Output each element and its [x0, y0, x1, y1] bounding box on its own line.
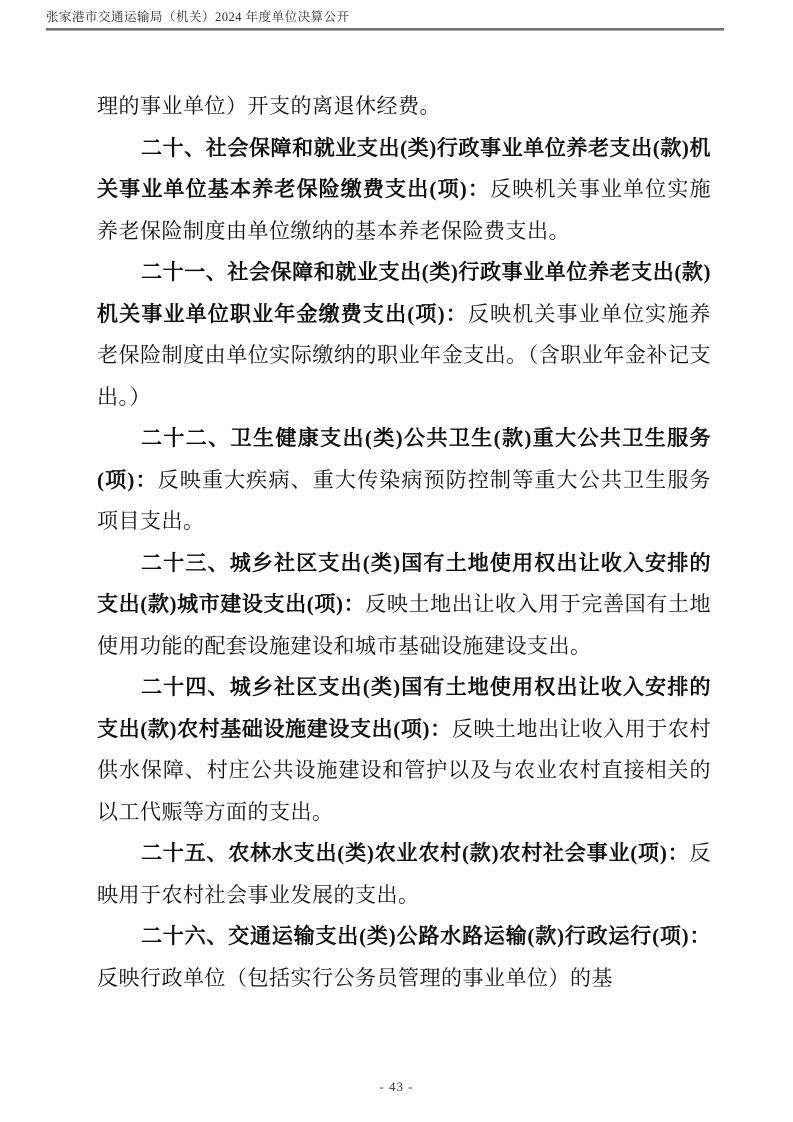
page-footer: - 43 -: [0, 1079, 793, 1095]
header-title: 张家港市交通运输局（机关）2024 年度单位决算公开: [46, 10, 350, 24]
document-body: 理的事业单位）开支的离退休经费。 二十、社会保障和就业支出(类)行政事业单位养老…: [97, 86, 711, 999]
clause-description: 反映重大疾病、重大传染病预防控制等重大公共卫生服务项目支出。: [97, 468, 711, 534]
document-page: 张家港市交通运输局（机关）2024 年度单位决算公开 理的事业单位）开支的离退休…: [0, 0, 793, 1122]
page-number: - 43 -: [379, 1079, 413, 1094]
clause-heading: 二十六、交通运输支出(类)公路水路运输(款)行政运行(项)：: [141, 924, 711, 948]
clause-23: 二十三、城乡社区支出(类)国有土地使用权出让收入安排的支出(款)城市建设支出(项…: [97, 543, 711, 668]
clause-26: 二十六、交通运输支出(类)公路水路运输(款)行政运行(项)：反映行政单位（包括实…: [97, 916, 711, 999]
clause-20: 二十、社会保障和就业支出(类)行政事业单位养老支出(款)机关事业单位基本养老保险…: [97, 128, 711, 253]
clause-description: 理的事业单位）开支的离退休经费。: [97, 94, 441, 118]
clause-21: 二十一、社会保障和就业支出(类)行政事业单位养老支出(款)机关事业单位职业年金缴…: [97, 252, 711, 418]
clause-description: 反映行政单位（包括实行公务员管理的事业单位）的基: [97, 966, 613, 990]
clause-22: 二十二、卫生健康支出(类)公共卫生(款)重大公共卫生服务(项)：反映重大疾病、重…: [97, 418, 711, 543]
page-header: 张家港市交通运输局（机关）2024 年度单位决算公开: [46, 10, 724, 28]
clause-25: 二十五、农林水支出(类)农业农村(款)农村社会事业(项)：反映用于农村社会事业发…: [97, 833, 711, 916]
paragraph-continuation: 理的事业单位）开支的离退休经费。: [97, 86, 711, 128]
clause-heading: 二十五、农林水支出(类)农业农村(款)农村社会事业(项)：: [141, 841, 690, 865]
clause-24: 二十四、城乡社区支出(类)国有土地使用权出让收入安排的支出(款)农村基础设施建设…: [97, 667, 711, 833]
header-rule: [46, 28, 724, 31]
